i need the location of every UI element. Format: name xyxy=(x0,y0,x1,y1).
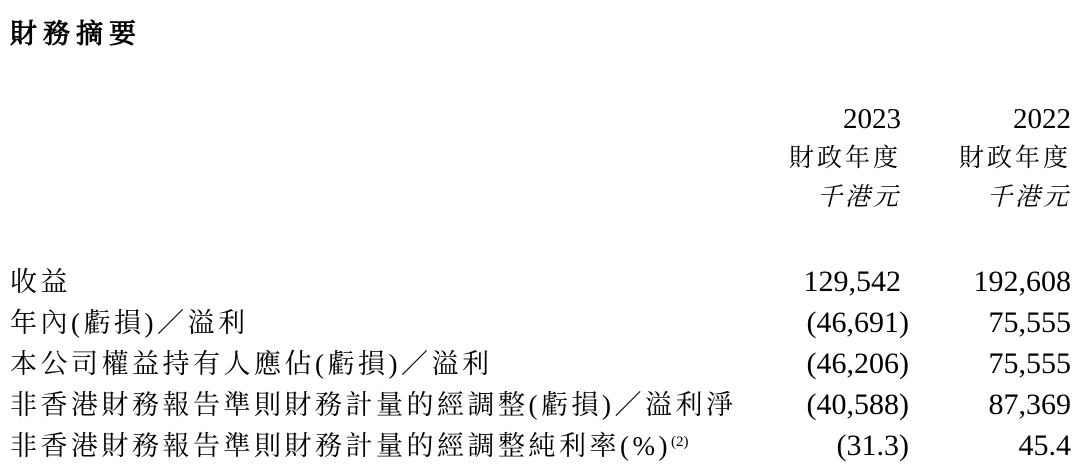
value-2022: 87,369 xyxy=(909,384,1071,425)
value-2022: 75,555 xyxy=(909,302,1071,343)
fiscal-year-label-2023: 財政年度 xyxy=(726,139,909,178)
value-2023: 129,542 xyxy=(726,261,909,302)
row-label: 年內(虧損)／溢利 xyxy=(10,303,734,344)
unit-label-2023: 千港元 xyxy=(726,178,909,217)
table-header-year-row: 2023 2022 xyxy=(10,100,1071,139)
table-row-revenue: 收益 129,542 192,608 xyxy=(10,261,1071,302)
unit-label-2022: 千港元 xyxy=(909,178,1071,217)
note-ref: (2) xyxy=(671,434,689,450)
year-header-2023: 2023 xyxy=(726,100,909,139)
header-body-gap xyxy=(10,217,1071,261)
value-2023: (46,691) xyxy=(734,302,909,343)
row-label: 非香港財務報告準則財務計量的經調整(虧損)／溢利淨額(1) xyxy=(10,385,734,426)
row-label: 非香港財務報告準則財務計量的經調整純利率(%)(2) xyxy=(10,426,734,467)
table-row-year-loss-profit: 年內(虧損)／溢利 (46,691) 75,555 xyxy=(10,302,1071,343)
value-2022: 75,555 xyxy=(909,343,1071,384)
table-row-adjusted-net-loss-profit: 非香港財務報告準則財務計量的經調整(虧損)／溢利淨額(1) (40,588) 8… xyxy=(10,384,1071,425)
row-label: 本公司權益持有人應佔(虧損)／溢利 xyxy=(10,344,734,385)
table-header-unit-row: 千港元 千港元 xyxy=(10,178,1071,217)
table-row-equity-holders-loss-profit: 本公司權益持有人應佔(虧損)／溢利 (46,206) 75,555 xyxy=(10,343,1071,384)
page-title: 財務摘要 xyxy=(10,12,142,51)
table-header-period-row: 財政年度 財政年度 xyxy=(10,139,1071,178)
financial-summary-page: 財務摘要 2023 2022 財政年度 財政年度 千港元 千港元 收益 129,… xyxy=(0,0,1080,474)
value-2022: 192,608 xyxy=(909,261,1071,302)
value-2022: 45.4 xyxy=(909,425,1071,466)
financial-summary-table: 2023 2022 財政年度 財政年度 千港元 千港元 收益 129,542 1… xyxy=(10,100,1071,466)
value-2023: (46,206) xyxy=(734,343,909,384)
value-2023: (31.3) xyxy=(734,425,909,466)
fiscal-year-label-2022: 財政年度 xyxy=(909,139,1071,178)
value-2023: (40,588) xyxy=(734,384,909,425)
year-header-2022: 2022 xyxy=(909,100,1071,139)
table-row-adjusted-net-margin: 非香港財務報告準則財務計量的經調整純利率(%)(2) (31.3) 45.4 xyxy=(10,425,1071,466)
row-label: 收益 xyxy=(10,262,726,303)
